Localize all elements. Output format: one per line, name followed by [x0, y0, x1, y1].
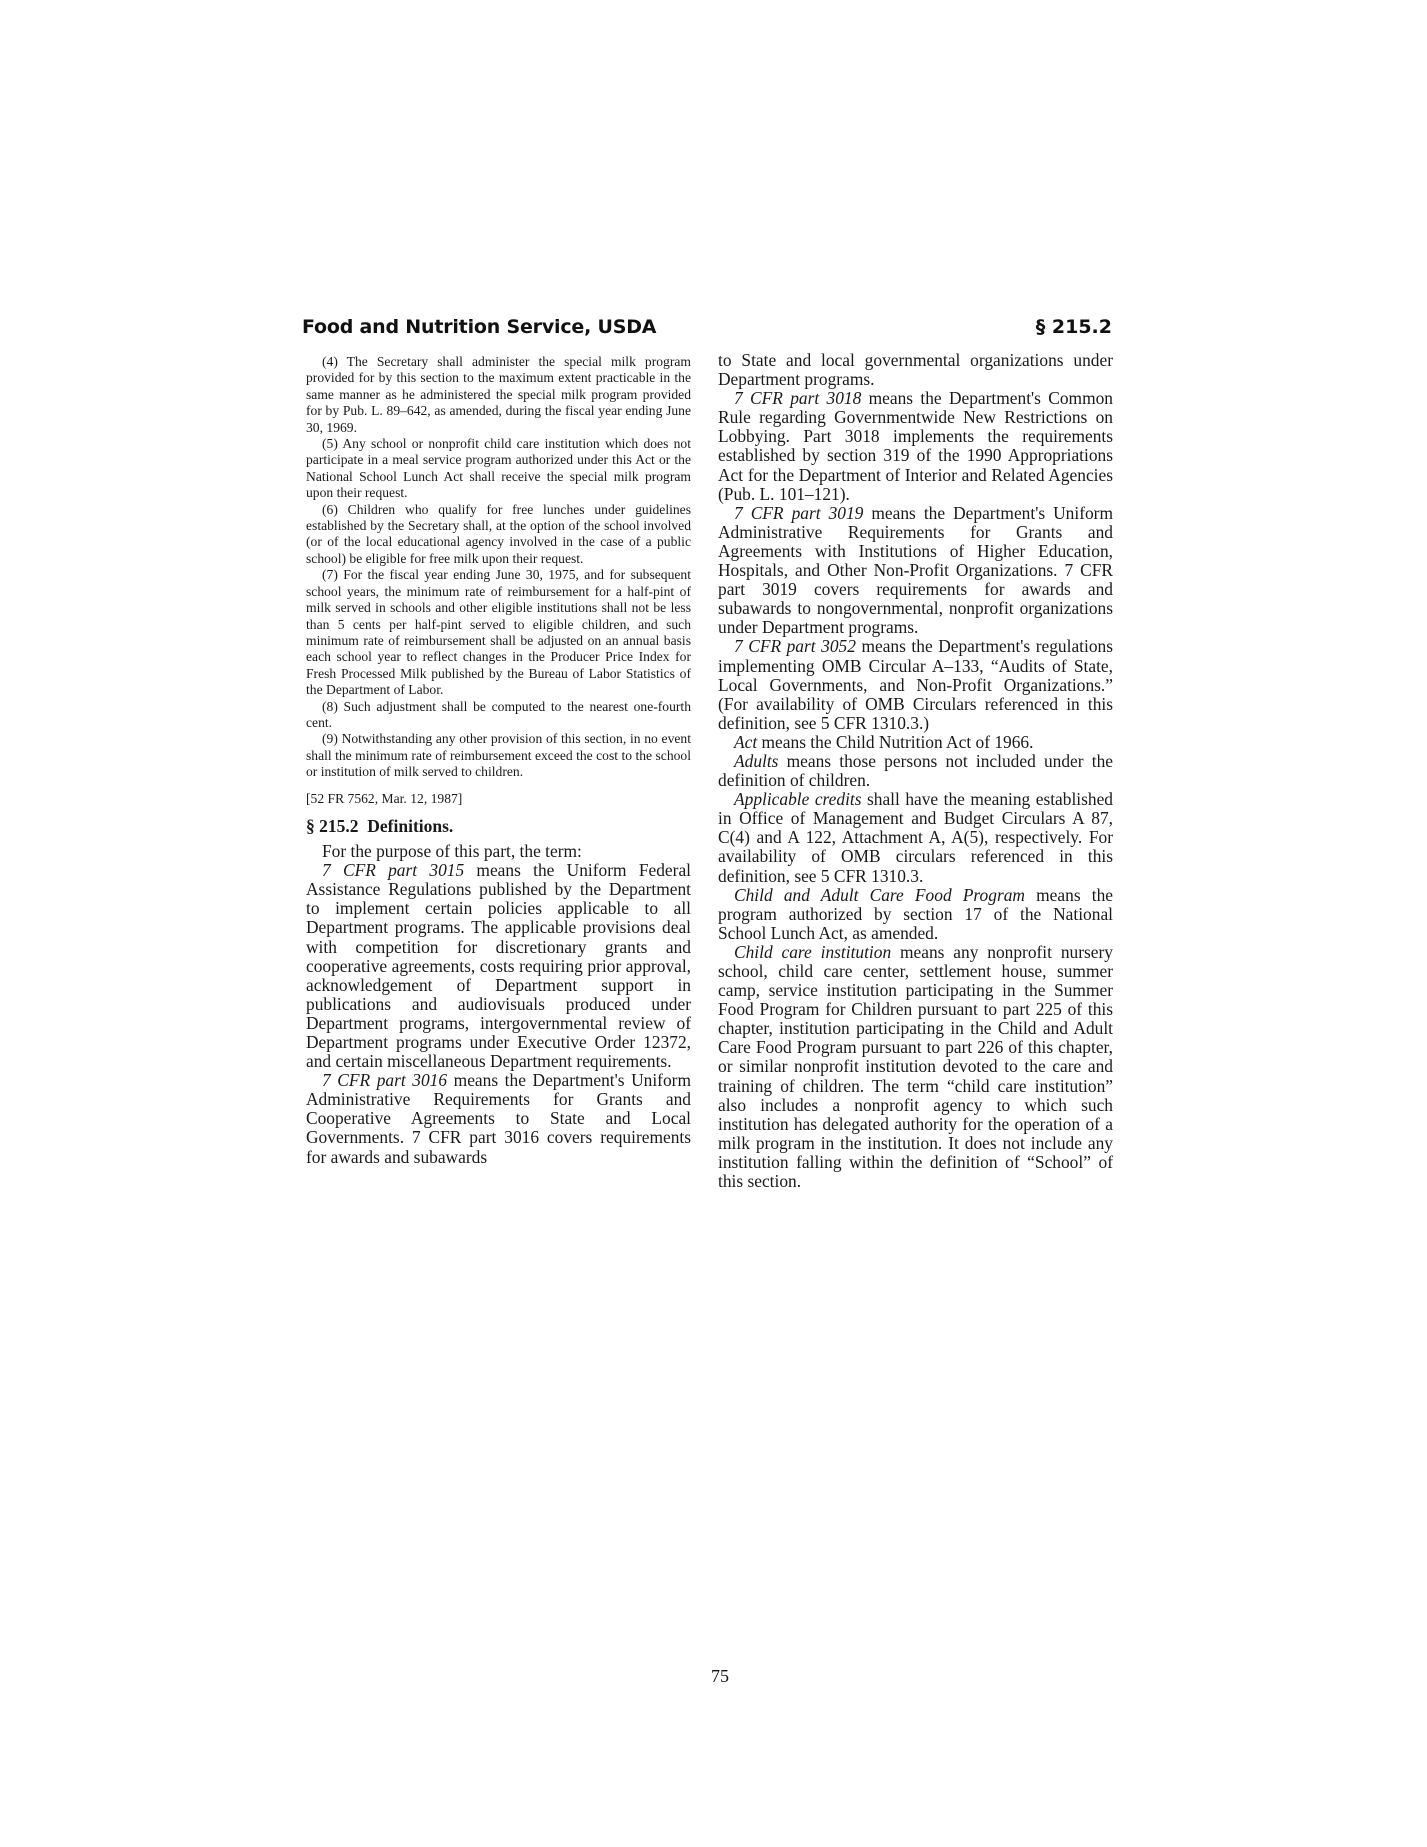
- definition-term: 7 CFR part 3015: [322, 860, 464, 880]
- definition-term: Applicable credits: [734, 789, 862, 809]
- definition-term: Adults: [734, 751, 778, 771]
- definition-item: Child and Adult Care Food Program means …: [718, 886, 1113, 943]
- continued-definition-text: to State and local governmental organiza…: [718, 351, 1113, 389]
- definition-item: 7 CFR part 3052 means the Department's r…: [718, 637, 1113, 732]
- definition-text: means the Department's Uniform Administr…: [718, 503, 1113, 638]
- paragraph-9: (9) Notwithstanding any other provision …: [306, 731, 691, 780]
- definition-item: Child care institution means any nonprof…: [718, 943, 1113, 1191]
- paragraph-5: (5) Any school or nonprofit child care i…: [306, 436, 691, 502]
- paragraph-8: (8) Such adjustment shall be computed to…: [306, 699, 691, 732]
- definition-item: Adults means those persons not included …: [718, 752, 1113, 790]
- section-symbol: § 215.2: [306, 816, 359, 836]
- page-number: 75: [700, 1666, 740, 1687]
- definition-text: means those persons not included under t…: [718, 751, 1113, 790]
- definition-term: Child care institution: [734, 942, 891, 962]
- running-header: Food and Nutrition Service, USDA § 215.2: [302, 316, 1112, 346]
- definition-text: means any nonprofit nursery school, chil…: [718, 942, 1113, 1191]
- definition-item: Act means the Child Nutrition Act of 196…: [718, 733, 1113, 752]
- definition-term: 7 CFR part 3019: [734, 503, 863, 523]
- left-column: (4) The Secretary shall administer the s…: [306, 354, 691, 1167]
- definition-item: 7 CFR part 3015 means the Uniform Federa…: [306, 861, 691, 1071]
- definition-term: Act: [734, 732, 757, 752]
- section-title: Definitions.: [367, 816, 453, 836]
- section-heading: § 215.2 Definitions.: [306, 817, 691, 836]
- paragraph-6: (6) Children who qualify for free lunche…: [306, 502, 691, 568]
- definitions-intro: For the purpose of this part, the term:: [306, 842, 691, 861]
- definition-item: 7 CFR part 3018 means the Department's C…: [718, 389, 1113, 504]
- paragraph-7: (7) For the fiscal year ending June 30, …: [306, 567, 691, 698]
- agency-title: Food and Nutrition Service, USDA: [302, 316, 656, 338]
- definition-term: Child and Adult Care Food Program: [734, 885, 1025, 905]
- definition-term: 7 CFR part 3018: [734, 388, 861, 408]
- definition-item: 7 CFR part 3019 means the Department's U…: [718, 504, 1113, 638]
- definition-term: 7 CFR part 3016: [322, 1070, 447, 1090]
- definition-item: Applicable credits shall have the meanin…: [718, 790, 1113, 885]
- definition-term: 7 CFR part 3052: [734, 636, 856, 656]
- paragraph-4: (4) The Secretary shall administer the s…: [306, 354, 691, 436]
- definition-item: 7 CFR part 3016 means the Department's U…: [306, 1071, 691, 1166]
- definitions-block-left: § 215.2 Definitions. For the purpose of …: [306, 817, 691, 1167]
- source-citation: [52 FR 7562, Mar. 12, 1987]: [306, 791, 691, 807]
- definition-text: means the Uniform Federal Assistance Reg…: [306, 860, 691, 1071]
- definition-text: means the Child Nutrition Act of 1966.: [757, 732, 1033, 752]
- section-number: § 215.2: [1036, 316, 1112, 338]
- right-column: to State and local governmental organiza…: [718, 351, 1113, 1191]
